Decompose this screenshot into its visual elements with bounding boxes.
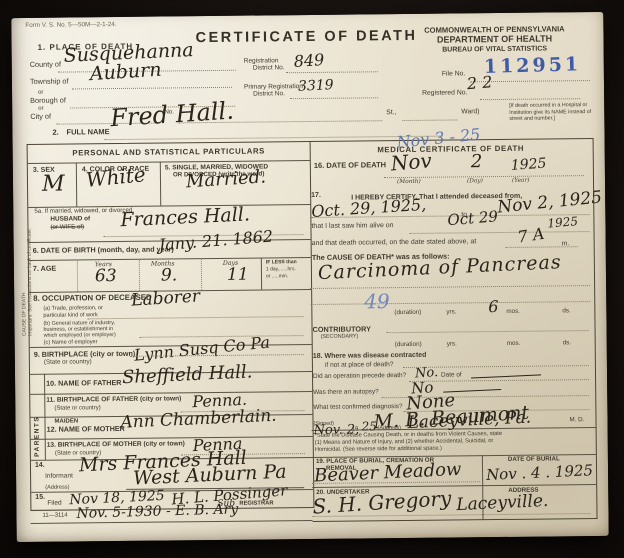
occ-c: (c) Name of employer — [44, 339, 98, 346]
father-bp-label: 11. BIRTHPLACE OF FATHER (city or town) — [46, 395, 181, 404]
agency-line2: DEPARTMENT OF HEALTH — [395, 34, 593, 46]
last-saw-label: that I last saw him alive on — [311, 222, 393, 230]
age-years-value: 63 — [95, 268, 117, 285]
occ-a1: (a) Trade, profession, or — [43, 305, 103, 312]
row-burial: 19. PLACE OF BURIAL, CREMATION OR REMOVA… — [312, 454, 596, 488]
birthplace-label: 9. BIRTHPLACE (city or town) — [34, 350, 136, 359]
autopsy-label: Was there an autopsy? — [313, 389, 379, 397]
agency-block: COMMONWEALTH OF PENNSYLVANIA DEPARTMENT … — [395, 25, 593, 55]
registered-no-value: 2 2 — [466, 74, 493, 92]
md-label: M. D. — [569, 417, 584, 424]
reg-district-line — [286, 71, 378, 73]
registered-no-label: Registered No. — [422, 89, 467, 97]
where-label1: 18. Where was disease contracted — [313, 352, 427, 361]
informant-label: Informant — [45, 472, 73, 479]
primary-district-value: 3319 — [298, 78, 334, 94]
file-no-stamp: 112951 — [484, 53, 582, 78]
occupation-value: Laborer — [131, 288, 201, 309]
father-value: Sheffield Hall. — [122, 363, 253, 387]
dod-label: 16. DATE OF DEATH — [314, 161, 386, 170]
photo-of-death-certificate: { "doc": { "form_no": "Form V. S. No. 5—… — [0, 0, 624, 558]
death-occurred-label: and that death occurred, on the date sta… — [312, 238, 477, 247]
hospital-note: [If death occurred in a Hospital or Inst… — [509, 102, 593, 122]
cause-code-blue: 49 — [364, 291, 390, 311]
registrar-label: REGISTRAR — [239, 500, 273, 507]
city-line3 — [402, 119, 457, 121]
row-cause-of-death: The CAUSE OF DEATH* was as follows: Carc… — [310, 249, 595, 324]
medical-section: Nov 3 - 25 MEDICAL CERTIFICATE OF DEATH … — [309, 138, 598, 522]
mos-label: mos. — [506, 309, 520, 316]
age-label: 7. AGE — [33, 265, 56, 273]
yrs2-label: yrs. — [447, 341, 457, 348]
age-days-value: 11 — [227, 267, 249, 284]
where-label2: if not at place of death? — [325, 361, 394, 369]
borough-label: Borough of — [30, 97, 66, 105]
duration-mos-value: 6 — [488, 299, 498, 315]
day-label: (Day) — [467, 178, 483, 184]
row-footnote: *State the Disease Causing Death, or in … — [312, 427, 596, 458]
form-number: Form V. S. No. 5—50M—2-1-24. — [25, 22, 116, 30]
spouse-value: Frances Hall. — [120, 205, 250, 230]
certificate-title: CERTIFICATE OF DEATH — [181, 29, 431, 47]
file-no-label: File No. — [442, 70, 465, 78]
dod-day-value: 2 — [471, 153, 483, 171]
reg-district-label2: District No. — [253, 64, 285, 71]
mother-label: 12. NAME OF MOTHER — [47, 425, 125, 434]
ifless-label2: 1 day,......hrs. — [266, 267, 296, 273]
dob-label: 6. DATE OF BIRTH (month, day, and year) — [33, 245, 174, 254]
dod-month-value: Nov — [390, 150, 432, 173]
marital-value: Married. — [185, 168, 266, 191]
parents-vertical-label: PARENTS — [33, 416, 40, 457]
ward-label: Ward) — [461, 108, 479, 116]
race-value: White — [85, 164, 146, 190]
father-label: 10. NAME OF FATHER — [46, 379, 121, 388]
undertaker-address-value: Laceyville. — [456, 493, 549, 514]
township-label: Township of — [30, 78, 69, 86]
mother-value: Ann Chamberlain. — [120, 408, 277, 432]
father-bp-state: (State or country) — [54, 405, 100, 412]
township-line — [72, 87, 232, 90]
last-saw-value: Oct 29 — [447, 209, 499, 228]
row-certify: 17. I HEREBY CERTIFY, That I attended de… — [309, 186, 594, 252]
personal-section: PERSONAL AND STATISTICAL PARTICULARS 3. … — [27, 141, 315, 511]
primary-district-line — [290, 97, 378, 99]
fullname-label: FULL NAME — [66, 128, 109, 137]
fullname-value: Fred Hall. — [110, 99, 235, 131]
ds-label: ds. — [562, 308, 570, 315]
spouse-label3: (or WIFE of) — [50, 224, 84, 231]
reg-district-value: 849 — [293, 52, 324, 70]
informant-no: 14. — [35, 462, 45, 470]
age-months-value: 9. — [161, 267, 177, 284]
contributory-label: CONTRIBUTORY — [313, 325, 371, 333]
operation-date-dash — [471, 374, 541, 378]
certificate-paper: CAUSE OF DEATH Important. See instructio… — [11, 12, 608, 542]
footnote-line3: Homicidal. (See reverse side for additio… — [315, 446, 442, 453]
st-label: St., — [386, 109, 396, 116]
row-undertaker: 20. UNDERTAKER S. H. Gregory ADDRESS Lac… — [312, 484, 596, 521]
row-contributory: CONTRIBUTORY (SECONDARY) (duration) yrs.… — [310, 321, 594, 351]
ifless-label1: IF LESS than — [266, 260, 297, 266]
mother-bp-label: 13. BIRTHPLACE OF MOTHER (city or town) — [47, 440, 185, 449]
ds2-label: ds. — [563, 340, 571, 347]
informant-address-label: (Address) — [45, 485, 69, 491]
personal-band-label: PERSONAL AND STATISTICAL PARTICULARS — [28, 147, 310, 158]
burial-date-value: Nov . 4 . 1925 — [486, 463, 594, 483]
filed-label: Filed — [47, 500, 61, 507]
operation-label: Did an operation precede death? — [313, 373, 406, 381]
month-label: (Month) — [397, 179, 421, 185]
city-label: City of — [30, 113, 51, 121]
footnote-line2: (1) Means and Nature of Injury, and (2) … — [315, 438, 494, 446]
mos2-label: mos. — [507, 341, 521, 348]
certify-no: 17. — [311, 192, 321, 200]
birthplace-state-label: (State or country) — [44, 359, 92, 366]
year-label: (Year) — [512, 178, 530, 184]
sex-value: M — [42, 174, 65, 196]
yrs-label: yrs. — [446, 309, 456, 316]
county-label: County of — [30, 61, 61, 69]
death-time-value: 7 A — [517, 226, 546, 246]
row-sex-race-marital: 3. SEX 4. COLOR OR RACE 5. SINGLE, MARRI… — [28, 160, 310, 208]
fullname-no: 2. — [52, 129, 58, 137]
date-of-label: Date of — [441, 372, 462, 379]
duration-label: (duration) — [394, 310, 421, 317]
primary-district-label2: District No. — [253, 90, 285, 97]
ifless-label3: or .....min. — [266, 274, 288, 280]
filed-note-handwritten: Nov. 5-1930 - E. B. Ary — [76, 502, 238, 521]
last-saw-year: 1925 — [547, 215, 578, 229]
township-value: Auburn — [89, 61, 162, 84]
duration2-label: (duration) — [395, 342, 422, 349]
dod-year-value: 1925 — [510, 157, 546, 173]
filed-no: 15. — [35, 494, 45, 502]
form-code: 11—3114 — [42, 513, 67, 520]
registered-no-line — [480, 98, 580, 100]
row-date-of-death: 16. DATE OF DEATH Nov 2 1925 (Month) (Da… — [309, 154, 593, 189]
secondary-label: (SECONDARY) — [321, 334, 359, 340]
